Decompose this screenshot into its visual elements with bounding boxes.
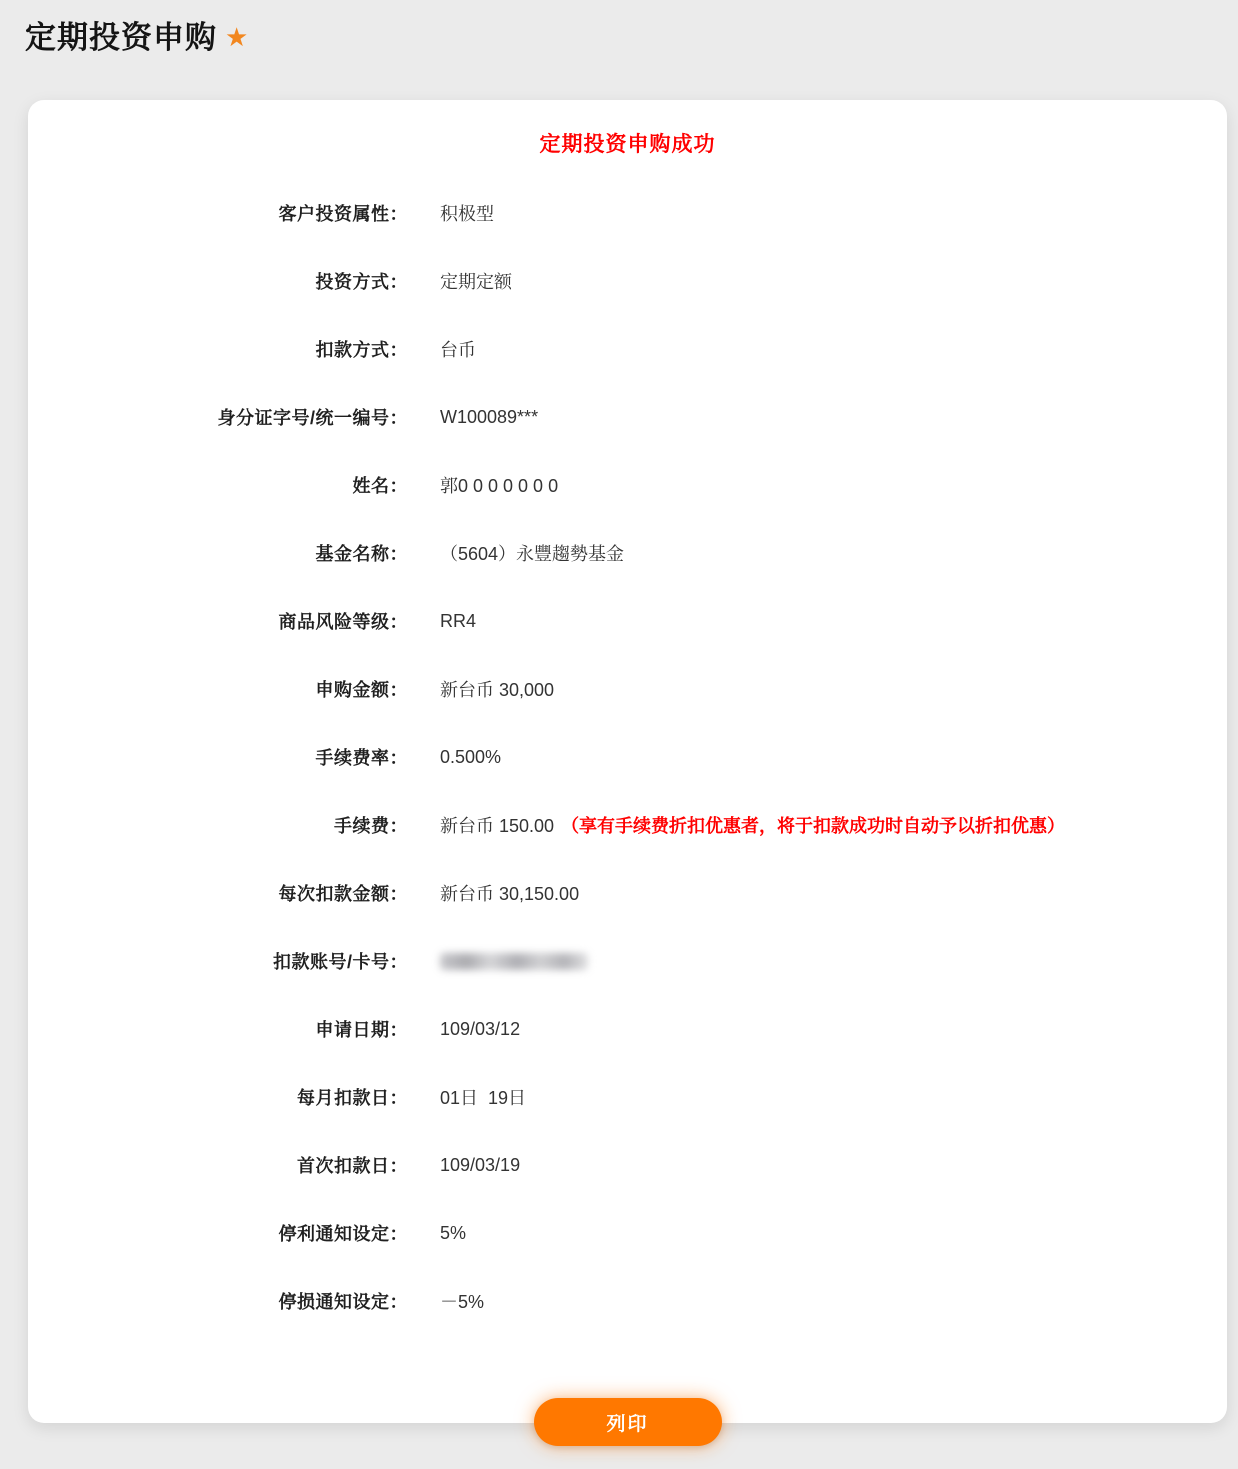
row-fee-rate: 手续费率： 0.500% [28, 723, 1227, 791]
row-label: 每次扣款金额： [28, 880, 408, 906]
row-investment-method: 投资方式： 定期定额 [28, 247, 1227, 315]
row-purchase-amount: 申购金额： 新台币 30,000 [28, 655, 1227, 723]
row-label: 停损通知设定： [28, 1288, 408, 1314]
row-value: 定期定额 [440, 268, 512, 294]
row-value: RR4 [440, 611, 476, 632]
row-debit-method: 扣款方式： 台币 [28, 315, 1227, 383]
row-debit-amount: 每次扣款金额： 新台币 30,150.00 [28, 859, 1227, 927]
row-value: W100089*** [440, 407, 538, 428]
row-label: 手续费： [28, 812, 408, 838]
row-name: 姓名： 郭0 0 0 0 0 0 0 [28, 451, 1227, 519]
row-first-debit-date: 首次扣款日： 109/03/19 [28, 1131, 1227, 1199]
row-label: 每月扣款日： [28, 1084, 408, 1110]
row-value: 0.500% [440, 747, 501, 768]
row-value: 01日 19日 [440, 1084, 526, 1110]
row-fee: 手续费： 新台币 150.00 （享有手续费折扣优惠者，将于扣款成功时自动予以折… [28, 791, 1227, 859]
row-value: 新台币 30,000 [440, 676, 554, 702]
fee-discount-note: （享有手续费折扣优惠者，将于扣款成功时自动予以折扣优惠） [561, 812, 1065, 838]
row-value: －5% [440, 1288, 484, 1314]
row-label: 首次扣款日： [28, 1152, 408, 1178]
row-label: 手续费率： [28, 744, 408, 770]
row-label: 姓名： [28, 472, 408, 498]
page-title: 定期投资申购 [25, 12, 217, 57]
row-application-date: 申请日期： 109/03/12 [28, 995, 1227, 1063]
card-title: 定期投资申购成功 [28, 131, 1227, 159]
row-value: 109/03/19 [440, 1155, 520, 1176]
row-monthly-debit-days: 每月扣款日： 01日 19日 [28, 1063, 1227, 1131]
row-label: 申请日期： [28, 1016, 408, 1042]
row-investor-profile: 客户投资属性： 积极型 [28, 179, 1227, 247]
page-header: 定期投资申购 ★ [25, 12, 248, 57]
row-label: 商品风险等级： [28, 608, 408, 634]
account-number-redacted [440, 953, 588, 970]
row-fund-name: 基金名称： （5604）永豐趨勢基金 [28, 519, 1227, 587]
row-value: 109/03/12 [440, 1019, 520, 1040]
row-value: 积极型 [440, 200, 494, 226]
row-label: 投资方式： [28, 268, 408, 294]
row-label: 扣款账号/卡号： [28, 948, 408, 974]
row-stop-loss-setting: 停损通知设定： －5% [28, 1267, 1227, 1335]
row-label: 身分证字号/统一编号： [28, 404, 408, 430]
row-id-number: 身分证字号/统一编号： W100089*** [28, 383, 1227, 451]
row-label: 停利通知设定： [28, 1220, 408, 1246]
row-value: 5% [440, 1223, 466, 1244]
row-take-profit-setting: 停利通知设定： 5% [28, 1199, 1227, 1267]
row-label: 申购金额： [28, 676, 408, 702]
page: 定期投资申购 ★ 定期投资申购成功 客户投资属性： 积极型 投资方式： 定期定额… [0, 0, 1238, 1469]
row-value: 台币 [440, 336, 476, 362]
row-value: （5604）永豐趨勢基金 [440, 540, 624, 566]
detail-rows: 客户投资属性： 积极型 投资方式： 定期定额 扣款方式： 台币 身分证字号/统一… [28, 179, 1227, 1335]
row-label: 扣款方式： [28, 336, 408, 362]
row-value: 新台币 30,150.00 [440, 880, 579, 906]
row-risk-level: 商品风险等级： RR4 [28, 587, 1227, 655]
row-value: 新台币 150.00 [440, 812, 559, 838]
row-value: 郭0 0 0 0 0 0 0 [440, 472, 558, 498]
print-button[interactable]: 列印 [534, 1398, 722, 1446]
row-debit-account: 扣款账号/卡号： [28, 927, 1227, 995]
row-label: 客户投资属性： [28, 200, 408, 226]
favorite-star-icon[interactable]: ★ [225, 24, 248, 50]
result-card: 定期投资申购成功 客户投资属性： 积极型 投资方式： 定期定额 扣款方式： 台币… [28, 100, 1227, 1423]
row-label: 基金名称： [28, 540, 408, 566]
